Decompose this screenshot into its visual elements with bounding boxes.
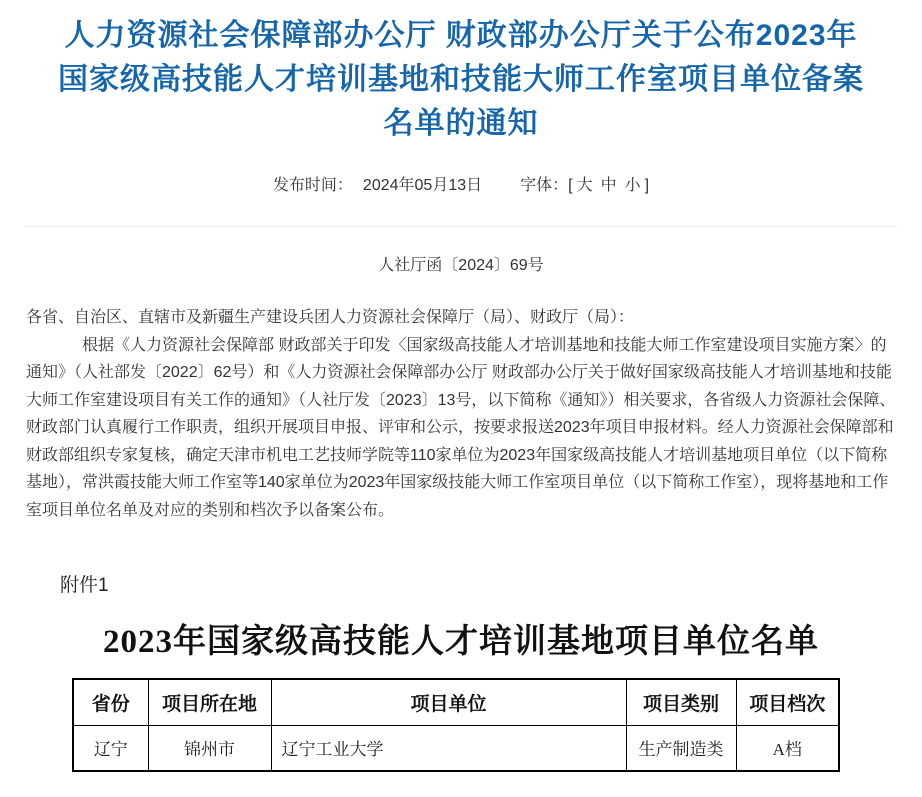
cell-location: 锦州市 (148, 725, 271, 771)
publish-time-value: 2024年05月13日 (363, 177, 482, 194)
bracket-close: ] (645, 177, 649, 194)
font-size-small-button[interactable]: 小 (625, 177, 641, 194)
font-size-large-button[interactable]: 大 (577, 177, 593, 194)
meta-row: 发布时间：2024年05月13日字体：[大中小] (0, 172, 922, 195)
header-cell-unit: 项目单位 (271, 679, 626, 725)
attachment-label: 附件1 (60, 570, 922, 597)
body-paragraph: 根据《人力资源社会保障部 财政部关于印发〈国家级高技能人才培训基地和技能大师工作… (26, 332, 896, 525)
font-size-switcher: 字体：[大中小] (520, 177, 649, 194)
table-row: 辽宁 锦州市 辽宁工业大学 生产制造类 A档 (73, 725, 839, 771)
header-divider (25, 226, 897, 227)
cell-province: 辽宁 (73, 725, 148, 771)
cell-category: 生产制造类 (626, 725, 736, 771)
header-cell-province: 省份 (73, 679, 148, 725)
header-cell-grade: 项目档次 (736, 679, 839, 725)
table-title: 2023年国家级高技能人才培训基地项目单位名单 (0, 615, 922, 662)
header-cell-location: 项目所在地 (148, 679, 271, 725)
cell-unit: 辽宁工业大学 (271, 725, 626, 771)
header-cell-category: 项目类别 (626, 679, 736, 725)
font-switch-label: 字体： (520, 177, 568, 194)
bracket-open: [ (568, 177, 572, 194)
cell-grade: A档 (736, 725, 839, 771)
document-number: 人社厅函〔2024〕69号 (0, 252, 922, 275)
document-body: 各省、自治区、直辖市及新疆生产建设兵团人力资源社会保障厅（局）、财政厅（局）： … (0, 304, 922, 524)
project-units-table: 省份 项目所在地 项目单位 项目类别 项目档次 辽宁 锦州市 辽宁工业大学 生产… (72, 678, 840, 772)
page-title-line-3: 名单的通知 (28, 102, 894, 146)
table-header-row: 省份 项目所在地 项目单位 项目类别 项目档次 (73, 679, 839, 725)
page-title-line-1: 人力资源社会保障部办公厅 财政部办公厅关于公布2023年 (28, 14, 894, 58)
font-size-medium-button[interactable]: 中 (601, 177, 617, 194)
page-title-line-2: 国家级高技能人才培训基地和技能大师工作室项目单位备案 (28, 58, 894, 102)
salutation-paragraph: 各省、自治区、直辖市及新疆生产建设兵团人力资源社会保障厅（局）、财政厅（局）： (26, 304, 896, 332)
publish-time-label: 发布时间： (273, 177, 353, 194)
notice-page: 人力资源社会保障部办公厅 财政部办公厅关于公布2023年 国家级高技能人才培训基… (0, 0, 922, 797)
page-title: 人力资源社会保障部办公厅 财政部办公厅关于公布2023年 国家级高技能人才培训基… (0, 0, 922, 146)
